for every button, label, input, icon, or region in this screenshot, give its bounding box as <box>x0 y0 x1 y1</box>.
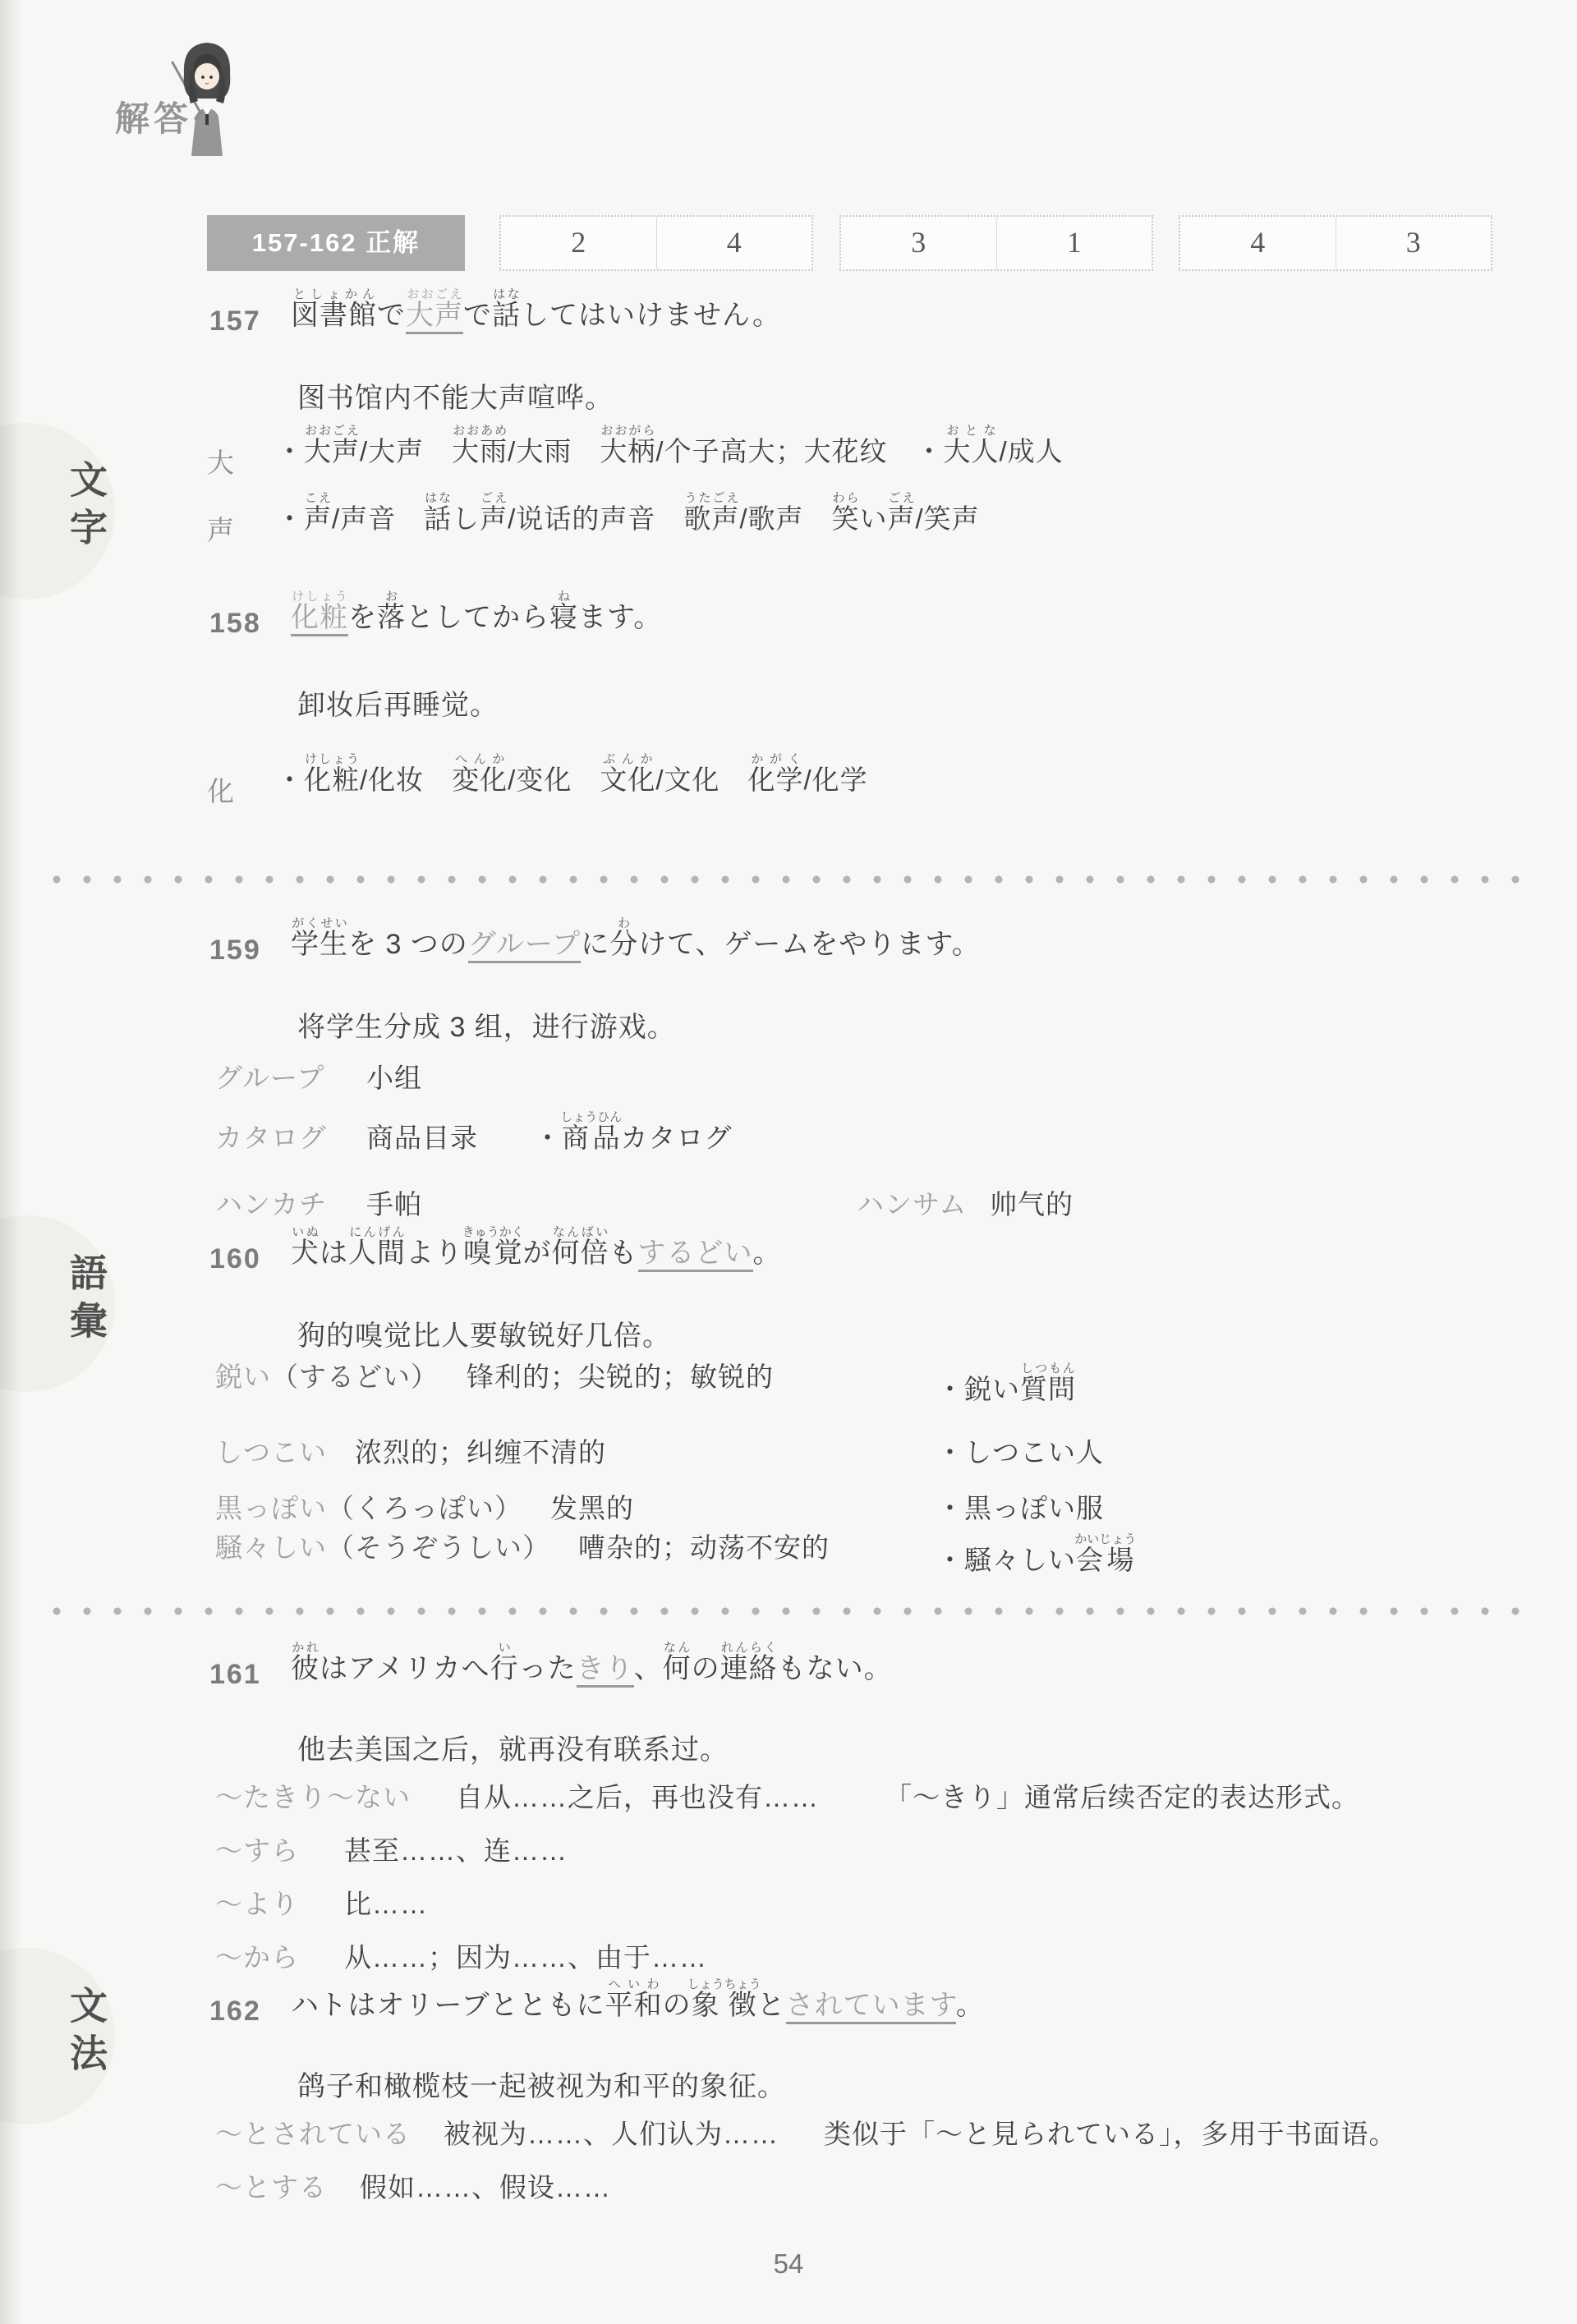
q157-translation-cn: 图书馆内不能大声喧哗。 <box>297 383 614 415</box>
grammar-pattern: ～より <box>215 1889 299 1919</box>
q157-sentence-jp: 図書館としょかんで大声おおごえで話はなしてはいけません。 <box>291 287 781 332</box>
answer-box-group-3: 4 3 <box>1179 215 1492 271</box>
vocab-term: 黒っぽい <box>215 1493 327 1524</box>
vocab-def: 手帕 <box>366 1189 422 1219</box>
q161-translation-cn: 他去美国之后，就再没有联系过。 <box>297 1734 729 1766</box>
answer-cell-162: 3 <box>1336 217 1492 269</box>
q157-row-dai: ・大声おおごえ/大声 大雨おおあめ/大雨 大柄おおがら/个子高大；大花纹 ・大人… <box>276 424 1064 467</box>
q161-grammar-row: ～すら甚至……、连…… <box>215 1835 568 1867</box>
vocab-reading: （くろっぽい） <box>327 1493 522 1523</box>
question-number: 157 <box>209 305 261 338</box>
vocab-def: 发黑的 <box>550 1493 634 1523</box>
q160-vocab-row: 騒々しい（そうぞうしい）嘈杂的；动荡不安的 ・騒々しい会場かいじょう <box>215 1532 830 1564</box>
grammar-def: 自从……之后，再也没有…… <box>456 1782 819 1812</box>
question-number: 158 <box>209 608 261 640</box>
answer-box-group-2: 3 1 <box>839 215 1153 271</box>
vocab-reading: （そうぞうしい） <box>327 1532 550 1563</box>
answer-box-group-1: 2 4 <box>499 215 813 271</box>
vocab-def: 锋利的；尖锐的；敏锐的 <box>467 1362 774 1392</box>
question-number: 161 <box>209 1659 261 1691</box>
q159-translation-cn: 将学生分成 3 组，进行游戏。 <box>297 1012 676 1044</box>
question-number: 160 <box>209 1243 261 1275</box>
q158-translation-cn: 卸妆后再睡觉。 <box>297 690 499 722</box>
q160-vocab-row: 黒っぽい（くろっぽい）发黑的 ・黒っぽい服 <box>215 1493 634 1524</box>
answer-cell-157: 2 <box>501 217 656 269</box>
vocab-term: 騒々しい <box>215 1532 327 1564</box>
kanji-row-label: 化 <box>207 770 234 809</box>
sidebar-section-moji: 文字 <box>59 460 113 555</box>
dotted-divider <box>51 1605 1529 1617</box>
q161-grammar-row: ～から从……；因为……、由于…… <box>215 1942 707 1973</box>
sidebar-section-bunpo: 文法 <box>59 1986 113 2081</box>
vocab-term: しつこい <box>215 1437 327 1468</box>
vocab-term: カタログ <box>215 1123 366 1154</box>
q158-sentence-jp: 化粧けしょうを落おとしてから寝ねます。 <box>291 590 662 634</box>
question-number: 162 <box>209 1996 261 2028</box>
q162-grammar-row: ～とされている被视为……、人们认为……类似于「～と見られている」，多用于书面语。 <box>215 2119 1397 2150</box>
page-number: 54 <box>747 2248 830 2280</box>
vocab-term: グループ <box>215 1063 366 1094</box>
kanji-row-label: 声 <box>207 509 234 548</box>
answer-range-label: 157-162 正解 <box>207 215 465 271</box>
vocab-example: ・しつこい人 <box>936 1437 1104 1468</box>
vocab-example: ・騒々しい会場かいじょう <box>936 1532 1136 1576</box>
vocab-def: 小组 <box>366 1063 422 1093</box>
q160-sentence-jp: 犬いぬは人間にんげんより嗅覚きゅうかくが何倍なんばいもするどい。 <box>291 1225 782 1270</box>
dotted-divider <box>51 874 1529 885</box>
q162-grammar-row: ～とする假如……、假设…… <box>215 2172 611 2203</box>
vocab-example: ・商品しょうひんカタログ <box>534 1123 733 1153</box>
q159-sentence-jp: 学生がくせいを 3 つのグループに分わけて、ゲームをやります。 <box>291 916 981 961</box>
q162-translation-cn: 鸽子和橄榄枝一起被视为和平的象征。 <box>297 2071 786 2103</box>
q161-grammar-row: ～たきり～ない自从……之后，再也没有……「～きり」通常后续否定的表达形式。 <box>215 1782 1359 1813</box>
q159-vocab-row: ハンカチ手帕 ハンサム 帅气的 <box>215 1189 422 1220</box>
grammar-note: 「～きり」通常后续否定的表达形式。 <box>885 1782 1359 1812</box>
vocab-def: 帅气的 <box>990 1189 1074 1220</box>
grammar-pattern: ～すら <box>215 1835 299 1866</box>
q160-vocab-row: 鋭い（するどい）锋利的；尖锐的；敏锐的 ・鋭い質問しつもん <box>215 1362 774 1393</box>
grammar-pattern: ～たきり～ない <box>215 1782 411 1812</box>
vocab-term: ハンサム <box>857 1189 967 1220</box>
vocab-def: 嘈杂的；动荡不安的 <box>578 1532 830 1563</box>
vocab-term: ハンカチ <box>215 1189 366 1220</box>
kanji-row-label: 大 <box>207 442 234 480</box>
vocab-def: 浓烈的；纠缠不清的 <box>355 1437 606 1467</box>
girl-teacher-illustration <box>166 30 248 159</box>
question-number: 159 <box>209 935 261 967</box>
vocab-example: ・黒っぽい服 <box>936 1493 1104 1524</box>
vocab-def: 商品目录 <box>366 1123 534 1154</box>
q161-grammar-row: ～より比…… <box>215 1889 428 1920</box>
q160-translation-cn: 狗的嗅觉比人要敏锐好几倍。 <box>297 1320 671 1353</box>
grammar-def: 从……；因为……、由于…… <box>344 1942 707 1973</box>
q162-sentence-jp: ハトはオリーブとともに平和へいわの象徴しょうちょうとされています。 <box>291 1977 985 2022</box>
q157-row-koe: ・声こえ/声音 話はなし声ごえ/说话的声音 歌声うたごえ/歌声 笑わらい声ごえ/… <box>276 491 980 535</box>
grammar-pattern: ～とする <box>215 2172 327 2202</box>
q158-row-ka: ・化粧けしょう/化妆 変化へんか/变化 文化ぶんか/文化 化学かがく/化学 <box>276 752 868 796</box>
vocab-term: 鋭い <box>215 1362 271 1393</box>
vocab-reading: （するどい） <box>271 1362 439 1392</box>
grammar-def: 甚至……、连…… <box>344 1835 568 1866</box>
answer-cell-159: 3 <box>841 217 996 269</box>
vocab-example: ・鋭い質問しつもん <box>936 1362 1076 1405</box>
q160-vocab-row: しつこい浓烈的；纠缠不清的 ・しつこい人 <box>215 1437 606 1468</box>
grammar-def: 比…… <box>344 1889 428 1919</box>
q159-vocab-row: カタログ商品目录・商品しょうひんカタログ <box>215 1110 733 1154</box>
q159-vocab-row: グループ小组 <box>215 1063 422 1094</box>
grammar-pattern: ～とされている <box>215 2119 411 2149</box>
answer-cell-160: 1 <box>996 217 1152 269</box>
grammar-pattern: ～から <box>215 1942 299 1973</box>
grammar-def: 假如……、假设…… <box>360 2172 611 2202</box>
grammar-note: 类似于「～と見られている」，多用于书面语。 <box>824 2119 1397 2149</box>
grammar-def: 被视为……、人们认为…… <box>444 2119 779 2149</box>
q161-sentence-jp: 彼かれはアメリカへ行いったきり、何なんの連絡れんらくもない。 <box>291 1641 893 1685</box>
answer-cell-158: 4 <box>656 217 812 269</box>
sidebar-section-goi: 語彙 <box>59 1253 113 1348</box>
answer-cell-161: 4 <box>1180 217 1336 269</box>
